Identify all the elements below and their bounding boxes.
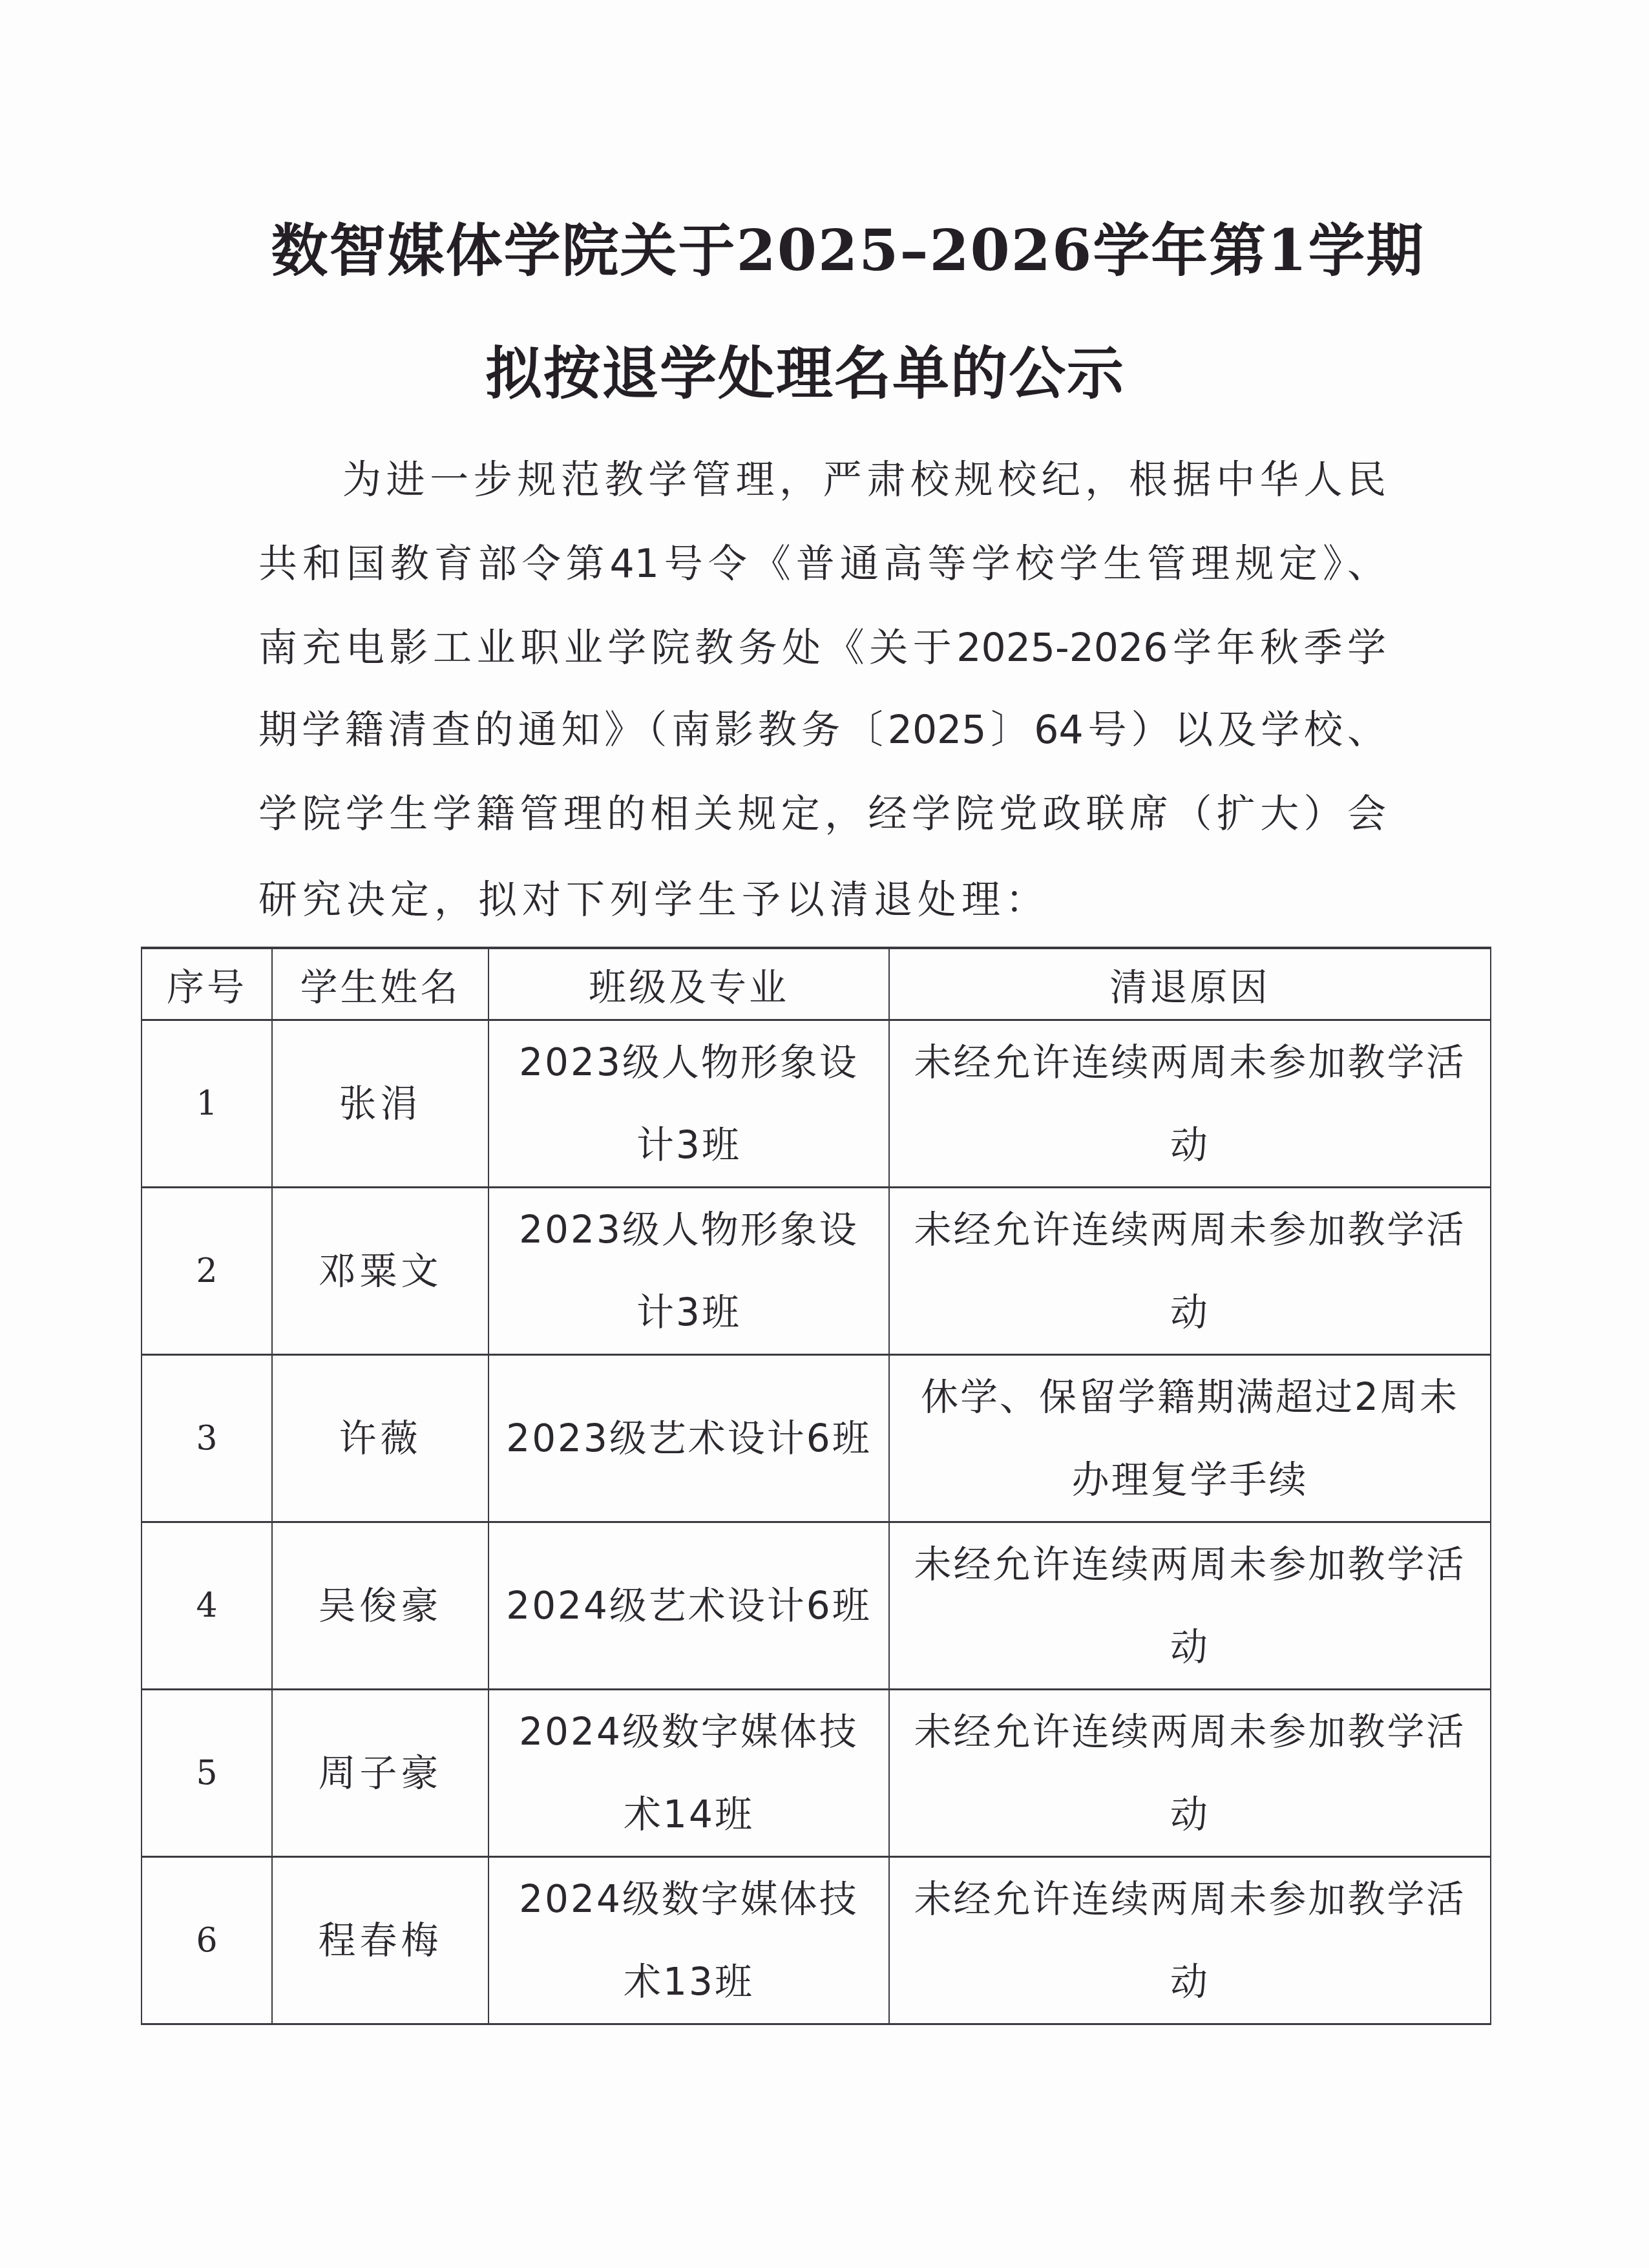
cell-reason: 未经允许连续两周未参加教学活动 bbox=[889, 1522, 1491, 1690]
header-class-major: 班级及专业 bbox=[488, 948, 889, 1020]
table-row: 3 许薇 2023级艺术设计6班 休学、保留学籍期满超过2周未办理复学手续 bbox=[142, 1355, 1491, 1522]
paragraph-line: 共和国教育部令第41号令《普通高等学校学生管理规定》、 bbox=[258, 538, 1386, 590]
paragraph-line: 为进一步规范教学管理，严肃校规校纪，根据中华人民 bbox=[342, 454, 1386, 506]
cell-index: 3 bbox=[142, 1355, 272, 1522]
cell-student-name: 许薇 bbox=[272, 1355, 488, 1522]
cell-class-major: 2023级人物形象设计3班 bbox=[488, 1188, 889, 1355]
document-page: 数智媒体学院关于2025–2026学年第1学期 拟按退学处理名单的公示 为进一步… bbox=[0, 0, 1649, 2268]
cell-student-name: 张涓 bbox=[272, 1020, 488, 1188]
cell-index: 6 bbox=[142, 1857, 272, 2024]
cell-index: 1 bbox=[142, 1020, 272, 1188]
header-student-name: 学生姓名 bbox=[272, 948, 488, 1020]
cell-index: 4 bbox=[142, 1522, 272, 1690]
cell-reason: 未经允许连续两周未参加教学活动 bbox=[889, 1020, 1491, 1188]
paragraph-line: 南充电影工业职业学院教务处《关于2025-2026学年秋季学 bbox=[258, 622, 1386, 674]
cell-student-name: 吴俊豪 bbox=[272, 1522, 488, 1690]
header-reason: 清退原因 bbox=[889, 948, 1491, 1020]
cell-reason: 未经允许连续两周未参加教学活动 bbox=[889, 1188, 1491, 1355]
table-header-row: 序号 学生姓名 班级及专业 清退原因 bbox=[142, 948, 1491, 1020]
table-row: 6 程春梅 2024级数字媒体技术13班 未经允许连续两周未参加教学活动 bbox=[142, 1857, 1491, 2024]
cell-index: 5 bbox=[142, 1690, 272, 1857]
cell-student-name: 程春梅 bbox=[272, 1857, 488, 2024]
cell-class-major: 2024级艺术设计6班 bbox=[488, 1522, 889, 1690]
cell-student-name: 周子豪 bbox=[272, 1690, 488, 1857]
cell-student-name: 邓粟文 bbox=[272, 1188, 488, 1355]
table-row: 5 周子豪 2024级数字媒体技术14班 未经允许连续两周未参加教学活动 bbox=[142, 1690, 1491, 1857]
paragraph-line: 研究决定，拟对下列学生予以清退处理： bbox=[258, 874, 1386, 926]
cell-class-major: 2023级人物形象设计3班 bbox=[488, 1020, 889, 1188]
paragraph-line: 期学籍清查的通知》（南影教务〔2025〕64号）以及学校、 bbox=[258, 704, 1386, 756]
cell-reason: 未经允许连续两周未参加教学活动 bbox=[889, 1690, 1491, 1857]
cell-reason: 未经允许连续两周未参加教学活动 bbox=[889, 1857, 1491, 2024]
table-row: 1 张涓 2023级人物形象设计3班 未经允许连续两周未参加教学活动 bbox=[142, 1020, 1491, 1188]
header-index: 序号 bbox=[142, 948, 272, 1020]
withdrawal-list-table: 序号 学生姓名 班级及专业 清退原因 1 张涓 2023级人物形象设计3班 未经… bbox=[141, 947, 1491, 2025]
document-title-line-1: 数智媒体学院关于2025–2026学年第1学期 bbox=[23, 205, 1649, 287]
cell-class-major: 2024级数字媒体技术14班 bbox=[488, 1690, 889, 1857]
paragraph-line: 学院学生学籍管理的相关规定，经学院党政联席（扩大）会 bbox=[258, 788, 1386, 840]
cell-class-major: 2024级数字媒体技术13班 bbox=[488, 1857, 889, 2024]
cell-reason: 休学、保留学籍期满超过2周未办理复学手续 bbox=[889, 1355, 1491, 1522]
table-row: 2 邓粟文 2023级人物形象设计3班 未经允许连续两周未参加教学活动 bbox=[142, 1188, 1491, 1355]
cell-index: 2 bbox=[142, 1188, 272, 1355]
cell-class-major: 2023级艺术设计6班 bbox=[488, 1355, 889, 1522]
table-row: 4 吴俊豪 2024级艺术设计6班 未经允许连续两周未参加教学活动 bbox=[142, 1522, 1491, 1690]
document-title-line-2: 拟按退学处理名单的公示 bbox=[0, 328, 1630, 410]
